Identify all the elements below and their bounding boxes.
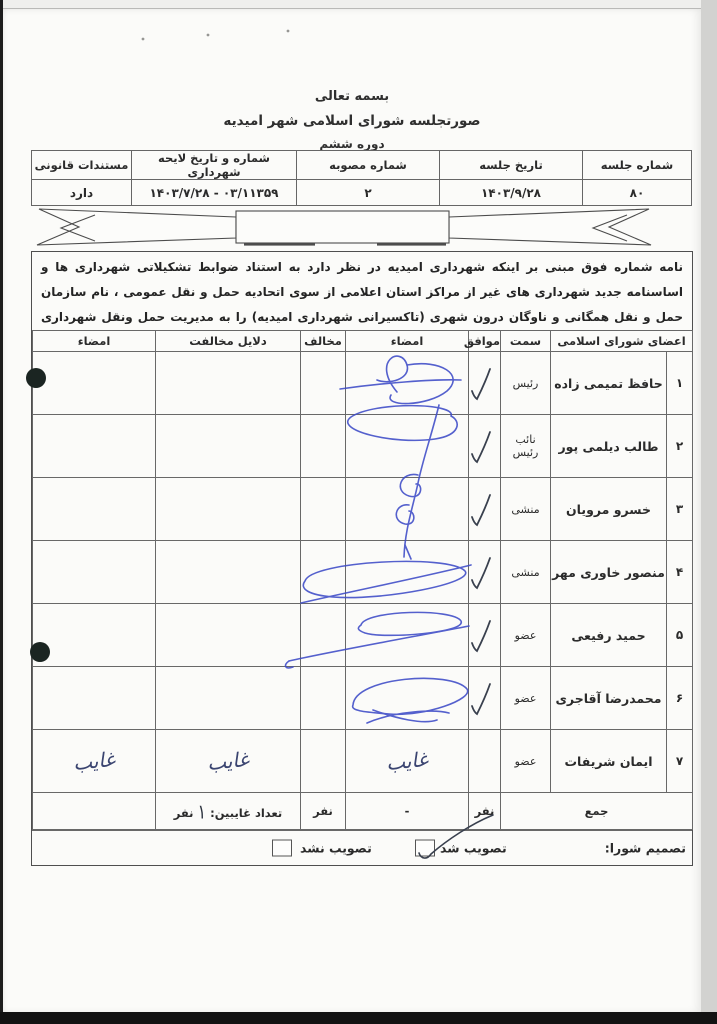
totals-absent-prefix: تعداد غایبین: bbox=[210, 806, 282, 820]
member-row: ۷ایمان شریفاتعضوغایبغایبغایب bbox=[33, 730, 693, 793]
info-header-resolution-no: شماره مصوبه bbox=[297, 151, 440, 180]
member-number: ۵ bbox=[667, 604, 693, 667]
oppose-cell bbox=[301, 730, 346, 793]
members-header-row: اعضای شورای اسلامی سمت موافق امضاء مخالف… bbox=[33, 331, 693, 352]
oppose-cell bbox=[301, 604, 346, 667]
member-position: منشی bbox=[501, 541, 551, 604]
info-value-legal-docs: دارد bbox=[32, 180, 132, 206]
info-value-session-date: ۱۴۰۳/۹/۲۸ bbox=[440, 180, 583, 206]
handwritten-absent-count: ۱ bbox=[198, 799, 207, 823]
oppose-reasons-cell bbox=[156, 604, 301, 667]
approved-label: تصویب شد bbox=[440, 841, 507, 856]
decision-label: تصمیم شورا: bbox=[605, 841, 686, 856]
handwritten-absent-note: غایب bbox=[72, 747, 116, 775]
bismillah-text: بسمه تعالی bbox=[3, 89, 701, 104]
totals-row: جمع نفر - نفر تعداد غایبین: ۱ نفر bbox=[33, 793, 693, 830]
oppose-cell bbox=[301, 415, 346, 478]
member-position: نائب رئیس bbox=[501, 415, 551, 478]
member-number: ۴ bbox=[667, 541, 693, 604]
not-approved-label: تصویب نشد bbox=[300, 841, 372, 856]
member-number: ۳ bbox=[667, 478, 693, 541]
signature-2-cell bbox=[33, 352, 156, 415]
totals-absent-count-cell: تعداد غایبین: ۱ نفر bbox=[156, 793, 301, 830]
member-name: طالب دیلمی پور bbox=[551, 415, 667, 478]
oppose-reasons-cell bbox=[156, 415, 301, 478]
signature-cell bbox=[346, 604, 469, 667]
member-row: ۱حافظ تمیمی زادهرئیس bbox=[33, 352, 693, 415]
info-header-bill-no-date: شماره و تاریخ لایحه شهرداری bbox=[132, 151, 297, 180]
document-title: صورتجلسه شورای اسلامی شهر امیدیه bbox=[3, 113, 701, 129]
scan-edge-right bbox=[701, 0, 717, 1024]
term-label: دوره ششم bbox=[3, 137, 701, 151]
resolution-box: نامه شماره فوق مبنی بر اینکه شهرداری امی… bbox=[31, 251, 693, 866]
info-header-legal-docs: مستندات قانونی bbox=[32, 151, 132, 180]
member-name: محمدرضا آقاجری bbox=[551, 667, 667, 730]
info-table: شماره جلسه تاریخ جلسه شماره مصوبه شماره … bbox=[31, 150, 692, 206]
signature-cell bbox=[346, 478, 469, 541]
scan-edge-top bbox=[0, 0, 717, 8]
totals-agree-unit: نفر bbox=[469, 793, 501, 830]
member-row: ۴منصور خاوری مهرمنشی bbox=[33, 541, 693, 604]
totals-signature-dash: - bbox=[346, 793, 469, 830]
oppose-cell bbox=[301, 478, 346, 541]
oppose-cell bbox=[301, 667, 346, 730]
not-approved-checkbox bbox=[272, 840, 292, 857]
info-header-session-no: شماره جلسه bbox=[583, 151, 692, 180]
header-signature-2: امضاء bbox=[33, 331, 156, 352]
oppose-cell bbox=[301, 352, 346, 415]
member-number: ۷ bbox=[667, 730, 693, 793]
totals-oppose-unit: نفر bbox=[301, 793, 346, 830]
member-name: حافظ تمیمی زاده bbox=[551, 352, 667, 415]
signature-cell bbox=[346, 541, 469, 604]
members-table: اعضای شورای اسلامی سمت موافق امضاء مخالف… bbox=[32, 330, 693, 830]
member-number: ۲ bbox=[667, 415, 693, 478]
totals-absent-unit: نفر bbox=[174, 806, 194, 820]
signature-2-cell bbox=[33, 541, 156, 604]
member-row: ۵حمید رفیعیعضو bbox=[33, 604, 693, 667]
totals-empty-cell bbox=[33, 793, 156, 830]
agree-cell bbox=[469, 352, 501, 415]
agree-cell bbox=[469, 730, 501, 793]
signature-2-cell bbox=[33, 415, 156, 478]
signature-2-cell: غایب bbox=[33, 730, 156, 793]
resolution-text: نامه شماره فوق مبنی بر اینکه شهرداری امی… bbox=[32, 252, 692, 330]
oppose-reasons-cell bbox=[156, 667, 301, 730]
member-number: ۱ bbox=[667, 352, 693, 415]
signature-cell: غایب bbox=[346, 730, 469, 793]
header-oppose-reasons: دلایل مخالفت bbox=[156, 331, 301, 352]
header-members: اعضای شورای اسلامی bbox=[551, 331, 693, 352]
signature-2-cell bbox=[33, 667, 156, 730]
agree-cell bbox=[469, 541, 501, 604]
member-position: رئیس bbox=[501, 352, 551, 415]
resolution-banner-title: ۸- متن مصوبه شورا bbox=[236, 212, 449, 243]
members-tbody: ۱حافظ تمیمی زادهرئیس۲طالب دیلمی پورنائب … bbox=[33, 352, 693, 793]
handwritten-absent-note: غایب bbox=[206, 747, 250, 775]
member-position: عضو bbox=[501, 730, 551, 793]
member-name: منصور خاوری مهر bbox=[551, 541, 667, 604]
signature-2-cell bbox=[33, 478, 156, 541]
member-number: ۶ bbox=[667, 667, 693, 730]
handwritten-absent-note: غایب bbox=[385, 747, 429, 775]
header-oppose: مخالف bbox=[301, 331, 346, 352]
agree-cell bbox=[469, 478, 501, 541]
info-value-resolution-no: ۲ bbox=[297, 180, 440, 206]
oppose-reasons-cell bbox=[156, 352, 301, 415]
member-position: منشی bbox=[501, 478, 551, 541]
oppose-reasons-cell bbox=[156, 541, 301, 604]
signature-cell bbox=[346, 667, 469, 730]
member-position: عضو bbox=[501, 667, 551, 730]
oppose-reasons-cell: غایب bbox=[156, 730, 301, 793]
scan-specks bbox=[142, 30, 290, 41]
member-position: عضو bbox=[501, 604, 551, 667]
info-header-session-date: تاریخ جلسه bbox=[440, 151, 583, 180]
signature-2-cell bbox=[33, 604, 156, 667]
oppose-cell bbox=[301, 541, 346, 604]
header-signature: امضاء bbox=[346, 331, 469, 352]
member-row: ۲طالب دیلمی پورنائب رئیس bbox=[33, 415, 693, 478]
agree-cell bbox=[469, 415, 501, 478]
agree-cell bbox=[469, 604, 501, 667]
oppose-reasons-cell bbox=[156, 478, 301, 541]
signature-cell bbox=[346, 352, 469, 415]
agree-cell bbox=[469, 667, 501, 730]
info-value-session-no: ۸۰ bbox=[583, 180, 692, 206]
document-paper: بسمه تعالی صورتجلسه شورای اسلامی شهر امی… bbox=[3, 8, 701, 1013]
header-agree: موافق bbox=[469, 331, 501, 352]
member-row: ۶محمدرضا آقاجریعضو bbox=[33, 667, 693, 730]
info-value-bill-no-date: ۱۴۰۳/۷/۲۸ - ۰۳/۱۱۳۵۹ bbox=[132, 180, 297, 206]
member-name: ایمان شریفات bbox=[551, 730, 667, 793]
member-name: حمید رفیعی bbox=[551, 604, 667, 667]
scan-edge-left bbox=[0, 0, 3, 1024]
totals-label: جمع bbox=[501, 793, 693, 830]
approved-checkbox bbox=[415, 840, 435, 857]
scan-edge-bottom bbox=[0, 1012, 717, 1024]
decision-row: تصمیم شورا: تصویب شد تصویب نشد bbox=[32, 830, 692, 865]
member-row: ۳خسرو مرویانمنشی bbox=[33, 478, 693, 541]
header-position: سمت bbox=[501, 331, 551, 352]
signature-cell bbox=[346, 415, 469, 478]
member-name: خسرو مرویان bbox=[551, 478, 667, 541]
